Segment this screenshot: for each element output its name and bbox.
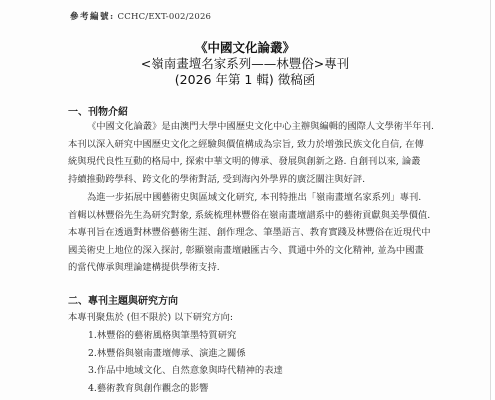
text-line: 《中國文化論叢》是由澳門大學中國歷史文化中心主辦與編輯的國際人文學術半年刊. xyxy=(68,118,480,136)
text-line: 本刊以深入研究中國歷史文化之經驗與價值構成為宗旨, 致力於增強民族文化自信, 在… xyxy=(68,136,480,154)
document-page: 參考編號: CCHC/EXT-002/2026 《中國文化論叢》 <嶺南畫壇名家… xyxy=(0,0,491,400)
text-line: 持續推動跨學科、跨文化的學術對話, 受到海內外學界的廣泛關注與好評. xyxy=(68,171,480,189)
text-line: 國美術史上地位的深入探討, 彰顯嶺南畫壇融匯古今、貫通中外的文化精神, 並為中國… xyxy=(68,242,480,260)
reference-value: CCHC/EXT-002/2026 xyxy=(118,12,212,22)
list-item: 1.林豐俗的藝術風格與筆墨特質研究 xyxy=(88,327,283,345)
special-issue-title: <嶺南畫壇名家系列——林豐俗>專刊 xyxy=(0,56,490,72)
journal-title: 《中國文化論叢》 xyxy=(0,40,490,56)
intro-paragraph-1: 《中國文化論叢》是由澳門大學中國歷史文化中心主辦與編輯的國際人文學術半年刊. 本… xyxy=(68,118,480,188)
text-line: 本專刊聚焦於 (但不限於) 以下研究方向: xyxy=(68,309,480,327)
list-item: 3.作品中地域文化、自然意象與時代精神的表達 xyxy=(88,362,283,380)
issue-call-title: (2026 年第 1 輯) 徵稿函 xyxy=(0,72,490,88)
topics-intro: 本專刊聚焦於 (但不限於) 以下研究方向: xyxy=(68,309,480,327)
intro-paragraph-2: 為進一步拓展中國藝術史與區域文化研究, 本刊特推出「嶺南畫壇名家系列」專刊. 首… xyxy=(68,189,480,277)
section-heading-intro: 一、刊物介紹 xyxy=(68,103,128,118)
document-title: 《中國文化論叢》 <嶺南畫壇名家系列——林豐俗>專刊 (2026 年第 1 輯)… xyxy=(0,40,490,88)
text-line: 為進一步拓展中國藝術史與區域文化研究, 本刊特推出「嶺南畫壇名家系列」專刊. xyxy=(68,189,480,207)
reference-label: 參考編號: xyxy=(70,12,115,22)
text-line: 首輯以林豐俗先生為研究對象, 系統梳理林豐俗在嶺南畫壇譜系中的藝術貢獻與美學價值… xyxy=(68,207,480,225)
text-line: 統與現代良性互動的格局中, 探索中華文明的傳承、發展與創新之路. 自創刊以來, … xyxy=(68,153,480,171)
reference-number: 參考編號: CCHC/EXT-002/2026 xyxy=(70,10,211,22)
list-item: 2.林豐俗與嶺南畫壇傳承、演進之關係 xyxy=(88,345,283,363)
text-line: 本專刊旨在透過對林豐俗藝術生涯、創作理念、筆墨語言、教育實踐及林豐俗在近現代中 xyxy=(68,224,480,242)
research-directions-list: 1.林豐俗的藝術風格與筆墨特質研究 2.林豐俗與嶺南畫壇傳承、演進之關係 3.作… xyxy=(88,327,283,397)
text-line: 的當代傳承與理論建構提供學術支持. xyxy=(68,259,480,277)
list-item: 4.藝術教育與創作觀念的影響 xyxy=(88,380,283,398)
section-heading-topics: 二、專刊主題與研究方向 xyxy=(68,292,178,307)
